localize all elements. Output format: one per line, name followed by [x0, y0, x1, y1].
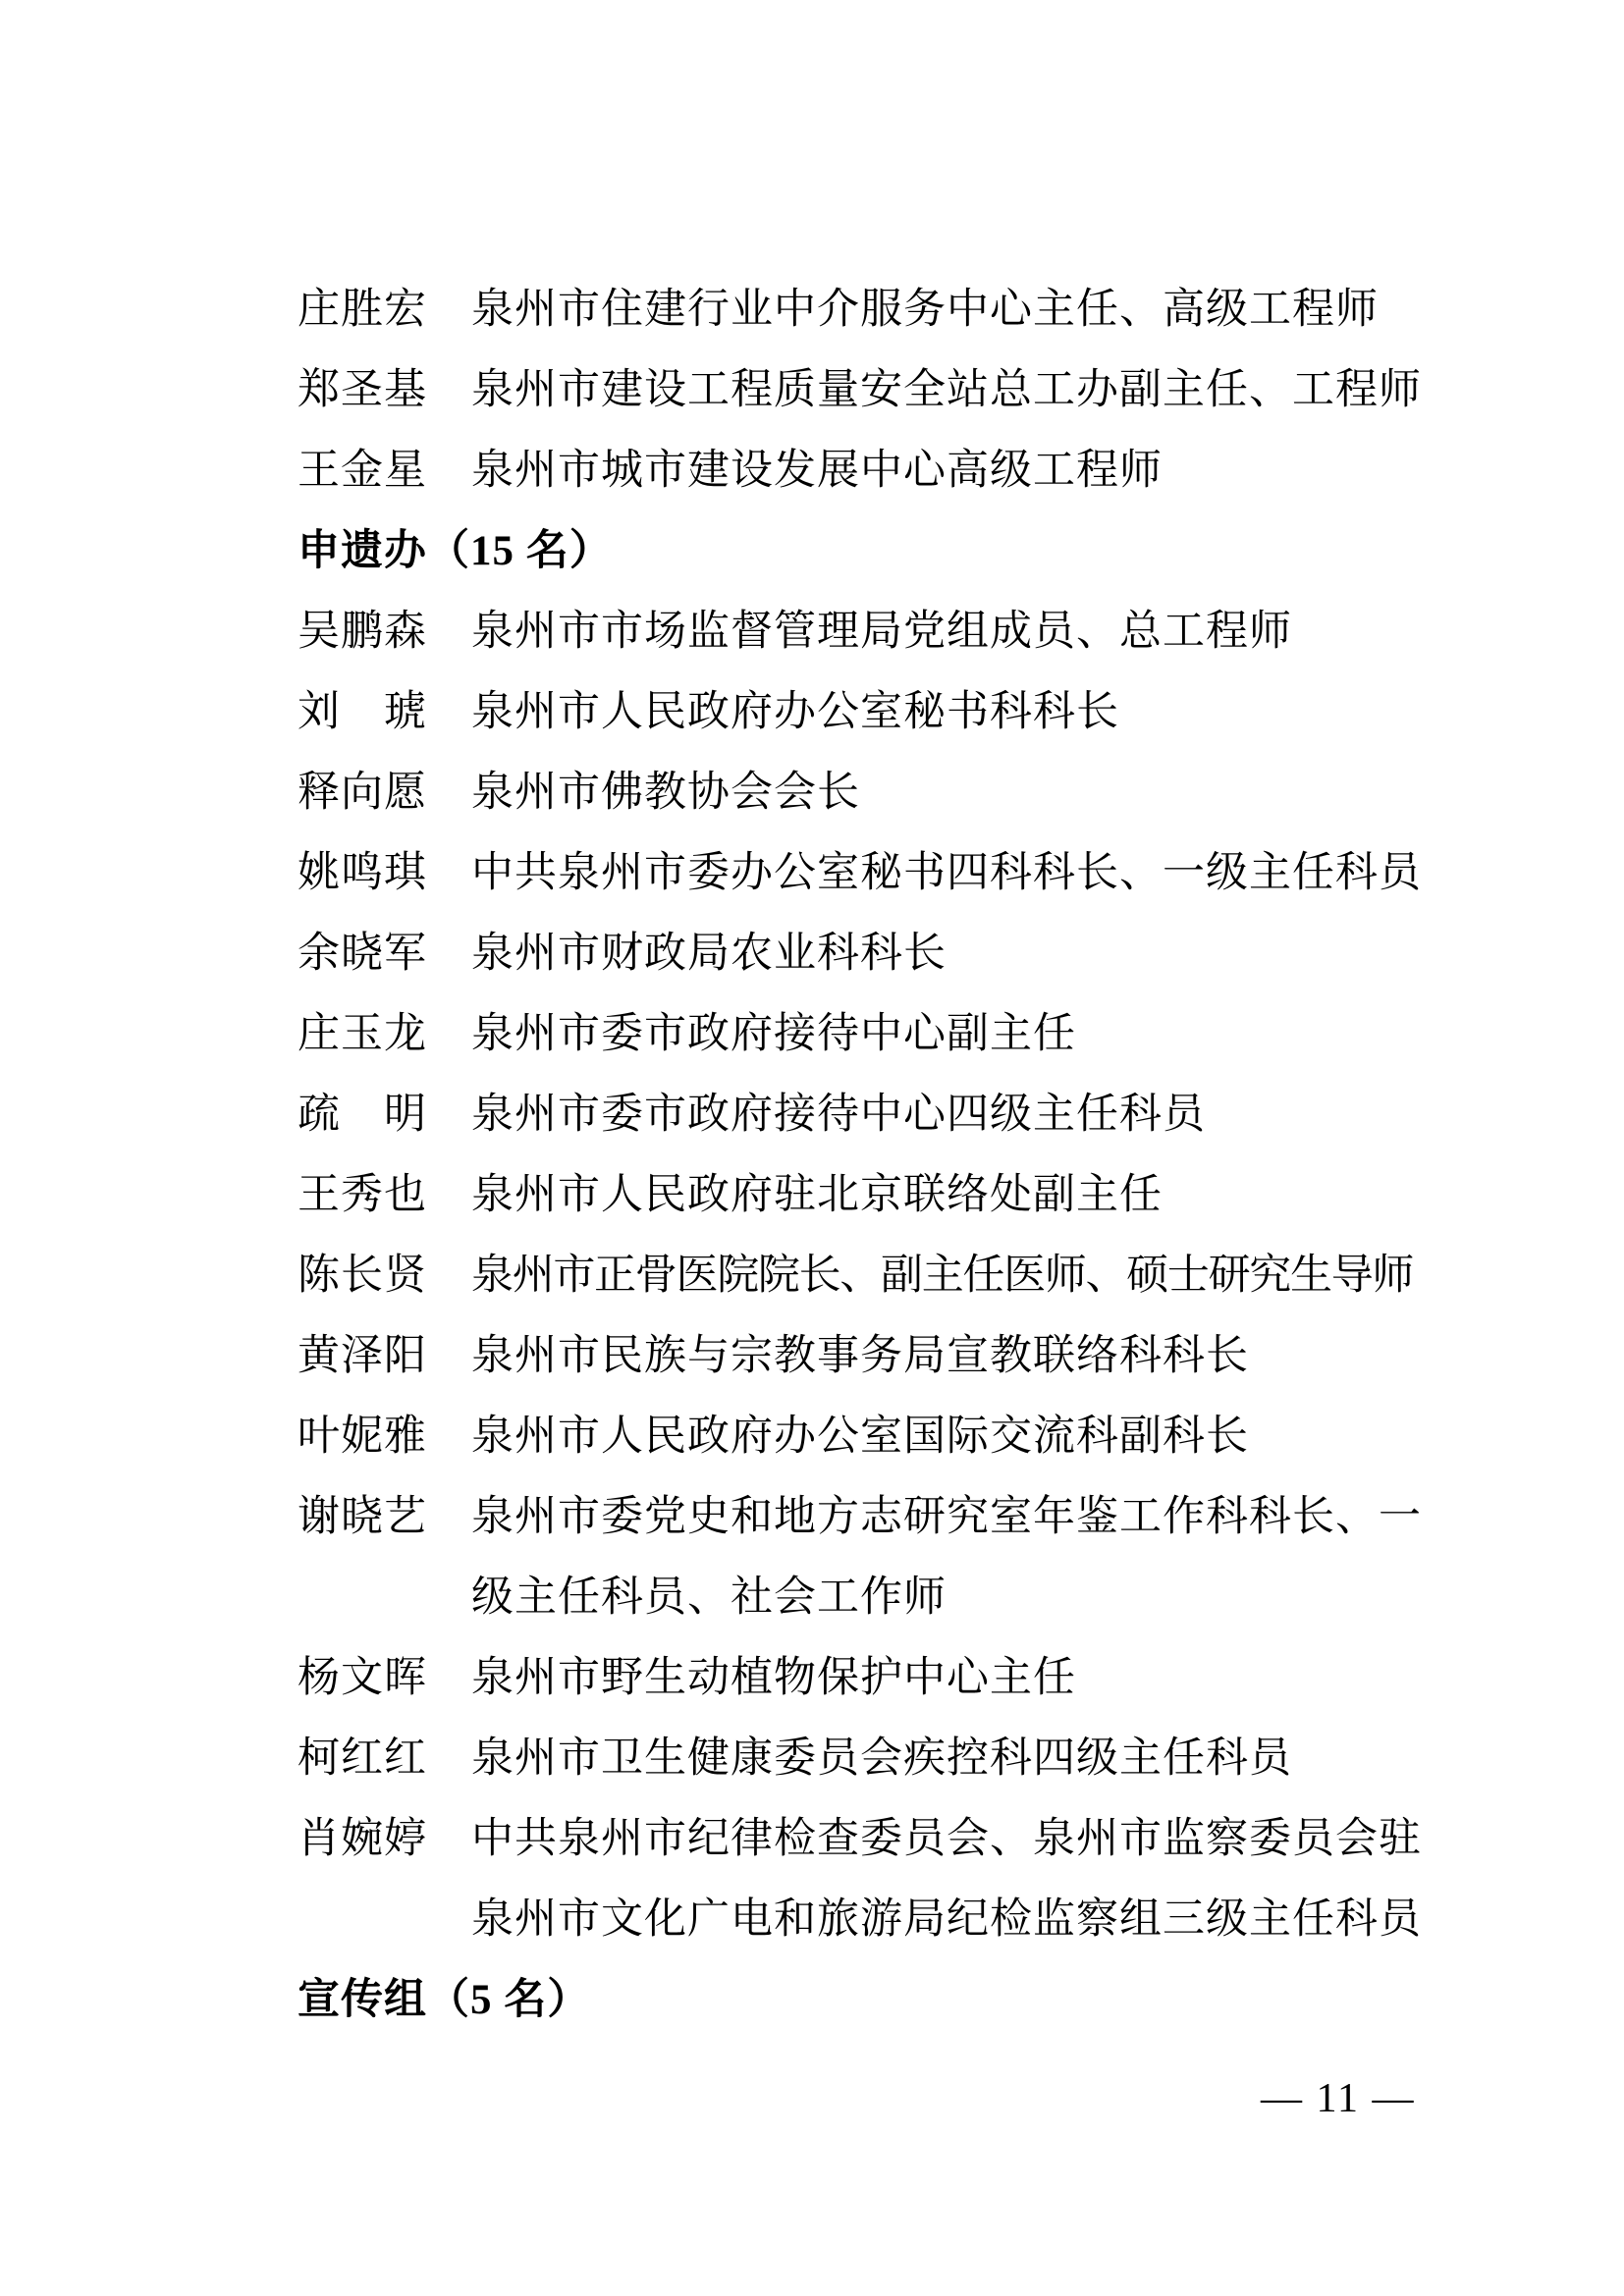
group-header-xuanchuanzu: 宣传组（5 名） [298, 1979, 590, 2022]
person-title: 泉州市委党史和地方志研究室年鉴工作科科长、一 [471, 1496, 1422, 1539]
person-name: 叶妮雅 [298, 1415, 427, 1459]
person-name: 黄泽阳 [298, 1335, 427, 1378]
person-name: 疏 明 [298, 1094, 427, 1137]
person-name: 陈长贤 [298, 1255, 427, 1298]
person-title: 泉州市委市政府接待中心副主任 [471, 1013, 1076, 1056]
person-name: 王金星 [298, 450, 427, 493]
person-name: 谢晓艺 [298, 1496, 427, 1539]
person-title: 泉州市正骨医院院长、副主任医师、硕士研究生导师 [471, 1255, 1413, 1298]
title-continuation-line: 泉州市文化广电和旅游局纪检监察组三级主任科员 [471, 1898, 1422, 1942]
person-title: 泉州市卫生健康委员会疾控科四级主任科员 [471, 1737, 1292, 1781]
document-page: 庄胜宏 泉州市住建行业中介服务中心主任、高级工程师 郑圣基 泉州市建设工程质量安… [0, 0, 1624, 2296]
person-name: 王秀也 [298, 1174, 427, 1217]
person-title: 中共泉州市委办公室秘书四科科长、一级主任科员 [471, 852, 1422, 895]
person-title: 泉州市委市政府接待中心四级主任科员 [471, 1094, 1206, 1137]
person-title: 泉州市建设工程质量安全站总工办副主任、工程师 [471, 369, 1422, 412]
person-title: 泉州市野生动植物保护中心主任 [471, 1657, 1076, 1700]
person-title: 泉州市佛教协会会长 [471, 772, 860, 815]
person-name: 柯红红 [298, 1737, 427, 1781]
person-name: 刘 琥 [298, 691, 427, 734]
person-name: 肖婉婷 [298, 1818, 427, 1861]
person-title: 泉州市人民政府驻北京联络处副主任 [471, 1174, 1163, 1217]
person-title: 泉州市财政局农业科科长 [471, 933, 947, 976]
person-name: 庄胜宏 [298, 289, 427, 332]
person-name: 庄玉龙 [298, 1013, 427, 1056]
person-name: 杨文晖 [298, 1657, 427, 1700]
person-title: 泉州市城市建设发展中心高级工程师 [471, 450, 1163, 493]
person-title: 泉州市人民政府办公室国际交流科副科长 [471, 1415, 1249, 1459]
title-continuation-line: 级主任科员、社会工作师 [471, 1576, 947, 1620]
person-title: 泉州市市场监督管理局党组成员、总工程师 [471, 611, 1292, 654]
person-title: 泉州市人民政府办公室秘书科科长 [471, 691, 1119, 734]
person-name: 余晓军 [298, 933, 427, 976]
person-name: 郑圣基 [298, 369, 427, 412]
group-header-shenyiban: 申遗办（15 名） [298, 530, 613, 573]
person-name: 吴鹏森 [298, 611, 427, 654]
person-title: 泉州市民族与宗教事务局宣教联络科科长 [471, 1335, 1249, 1378]
person-title: 中共泉州市纪律检查委员会、泉州市监察委员会驻 [471, 1818, 1422, 1861]
person-title: 泉州市住建行业中介服务中心主任、高级工程师 [471, 289, 1379, 332]
person-name: 姚鸣琪 [298, 852, 427, 895]
person-name: 释向愿 [298, 772, 427, 815]
page-number: — 11 — [1261, 2078, 1415, 2119]
